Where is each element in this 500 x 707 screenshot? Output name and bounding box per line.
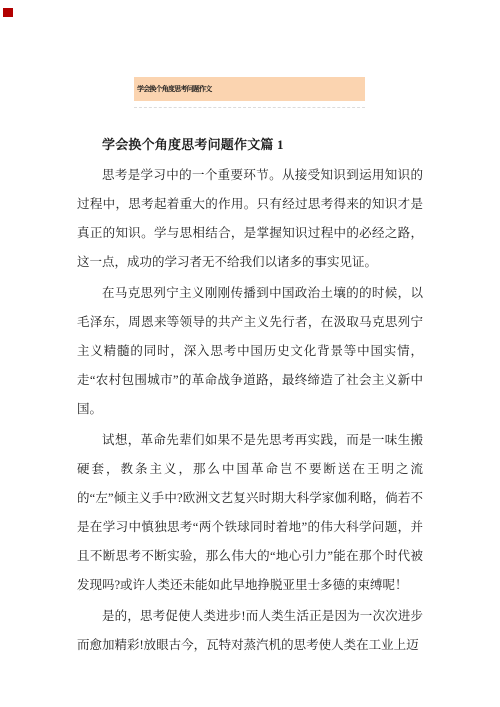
header-title: 学会换个角度思考问题作文 (134, 84, 211, 94)
paragraph: 是的，思考促使人类进步!而人类生活正是因为一次次进步而愈加精彩!放眼古今，瓦特对… (77, 602, 423, 660)
red-marker-icon (3, 8, 13, 17)
document-title: 学会换个角度思考问题作文篇 1 (77, 130, 423, 159)
paragraph: 试想，革命先辈们如果不是先思考再实践，而是一味生搬硬套，教条主义，那么中国革命岂… (77, 426, 423, 600)
header-highlight: 学会换个角度思考问题作文 (134, 77, 365, 101)
paragraph: 思考是学习中的一个重要环节。从接受知识到运用知识的过程中，思考起着重大的作用。只… (77, 161, 423, 277)
document-body: 学会换个角度思考问题作文篇 1 思考是学习中的一个重要环节。从接受知识到运用知识… (77, 130, 423, 662)
header-divider (134, 107, 365, 108)
document-page: { "page": { "background": "#ffffff", "ma… (0, 0, 500, 707)
paragraph: 在马克思列宁主义刚刚传播到中国政治土壤的的时候，以毛泽东，周恩来等领导的共产主义… (77, 279, 423, 424)
